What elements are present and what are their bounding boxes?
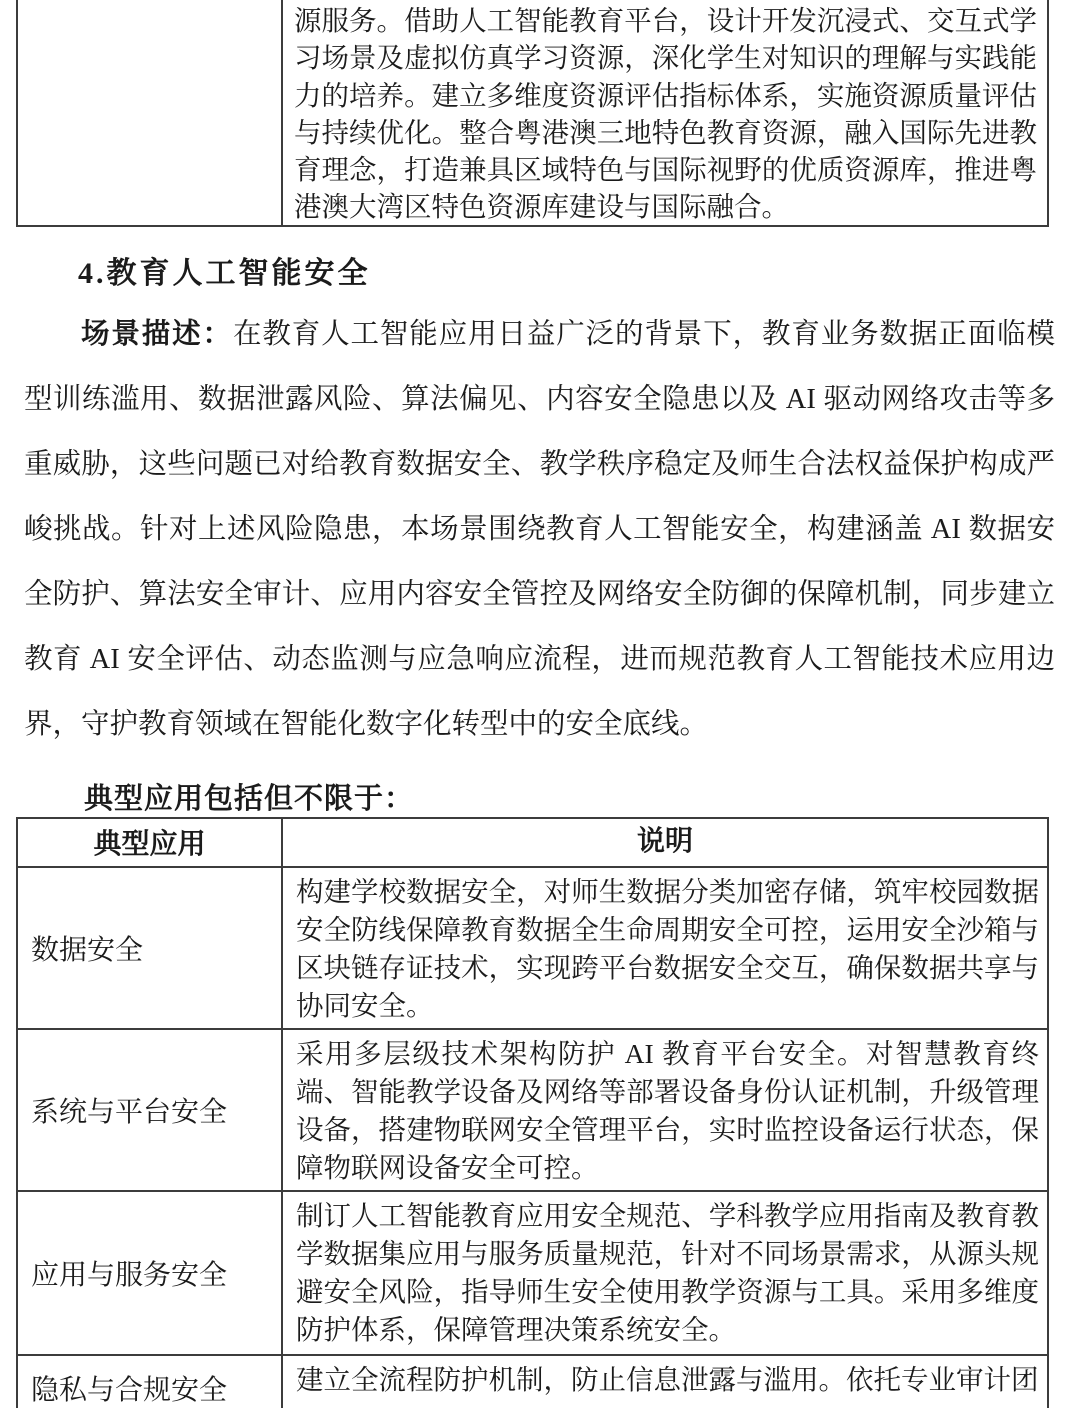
table-row-app-label: 隐私与合规安全 [18,1356,283,1408]
table-row-desc-text: 采用多层级技术架构防护 AI 教育平台安全。对智慧教育终端、智能教学设备及网络等… [283,1030,1047,1190]
table-row-desc-text: 构建学校数据安全，对师生数据分类加密存储，筑牢校园数据安全防线保障教育数据全生命… [283,868,1047,1028]
table-row-desc-text: 制订人工智能教育应用安全规范、学科教学应用指南及教育教学数据集应用与服务质量规范… [283,1192,1047,1354]
table-header-row: 典型应用 说明 [18,819,1047,868]
typical-apps-table: 典型应用 说明 数据安全 构建学校数据安全，对师生数据分类加密存储，筑牢校园数据… [16,817,1049,1408]
table-row-desc-text: 建立全流程防护机制，防止信息泄露与滥用。依托专业审计团 [283,1356,1047,1408]
top-table-continuation-text: 源服务。借助人工智能教育平台，设计开发沉浸式、交互式学习场景及虚拟仿真学习资源，… [283,0,1047,225]
scene-description-paragraph: 场景描述：在教育人工智能应用日益广泛的背景下，教育业务数据正面临模型训练滥用、数… [24,302,1055,757]
table-header-app: 典型应用 [18,819,283,866]
table-row-app-label: 数据安全 [18,868,283,1028]
table-header-desc: 说明 [283,819,1047,866]
scene-description-text: 在教育人工智能应用日益广泛的背景下，教育业务数据正面临模型训练滥用、数据泄露风险… [24,319,1055,740]
table-row: 隐私与合规安全 建立全流程防护机制，防止信息泄露与滥用。依托专业审计团 [18,1356,1047,1408]
document-page: 源服务。借助人工智能教育平台，设计开发沉浸式、交互式学习场景及虚拟仿真学习资源，… [0,0,1080,1408]
typical-apps-intro: 典型应用包括但不限于： [84,776,414,817]
top-table-continuation: 源服务。借助人工智能教育平台，设计开发沉浸式、交互式学习场景及虚拟仿真学习资源，… [16,0,1049,227]
table-row-app-label: 系统与平台安全 [18,1030,283,1190]
section-heading: 4.教育人工智能安全 [78,248,371,292]
table-row: 应用与服务安全 制订人工智能教育应用安全规范、学科教学应用指南及教育教学数据集应… [18,1192,1047,1356]
table-row: 数据安全 构建学校数据安全，对师生数据分类加密存储，筑牢校园数据安全防线保障教育… [18,868,1047,1030]
table-row: 系统与平台安全 采用多层级技术架构防护 AI 教育平台安全。对智慧教育终端、智能… [18,1030,1047,1192]
scene-description-label: 场景描述： [81,319,233,350]
table-row-app-label: 应用与服务安全 [18,1192,283,1354]
top-table-empty-label-cell [18,0,283,225]
